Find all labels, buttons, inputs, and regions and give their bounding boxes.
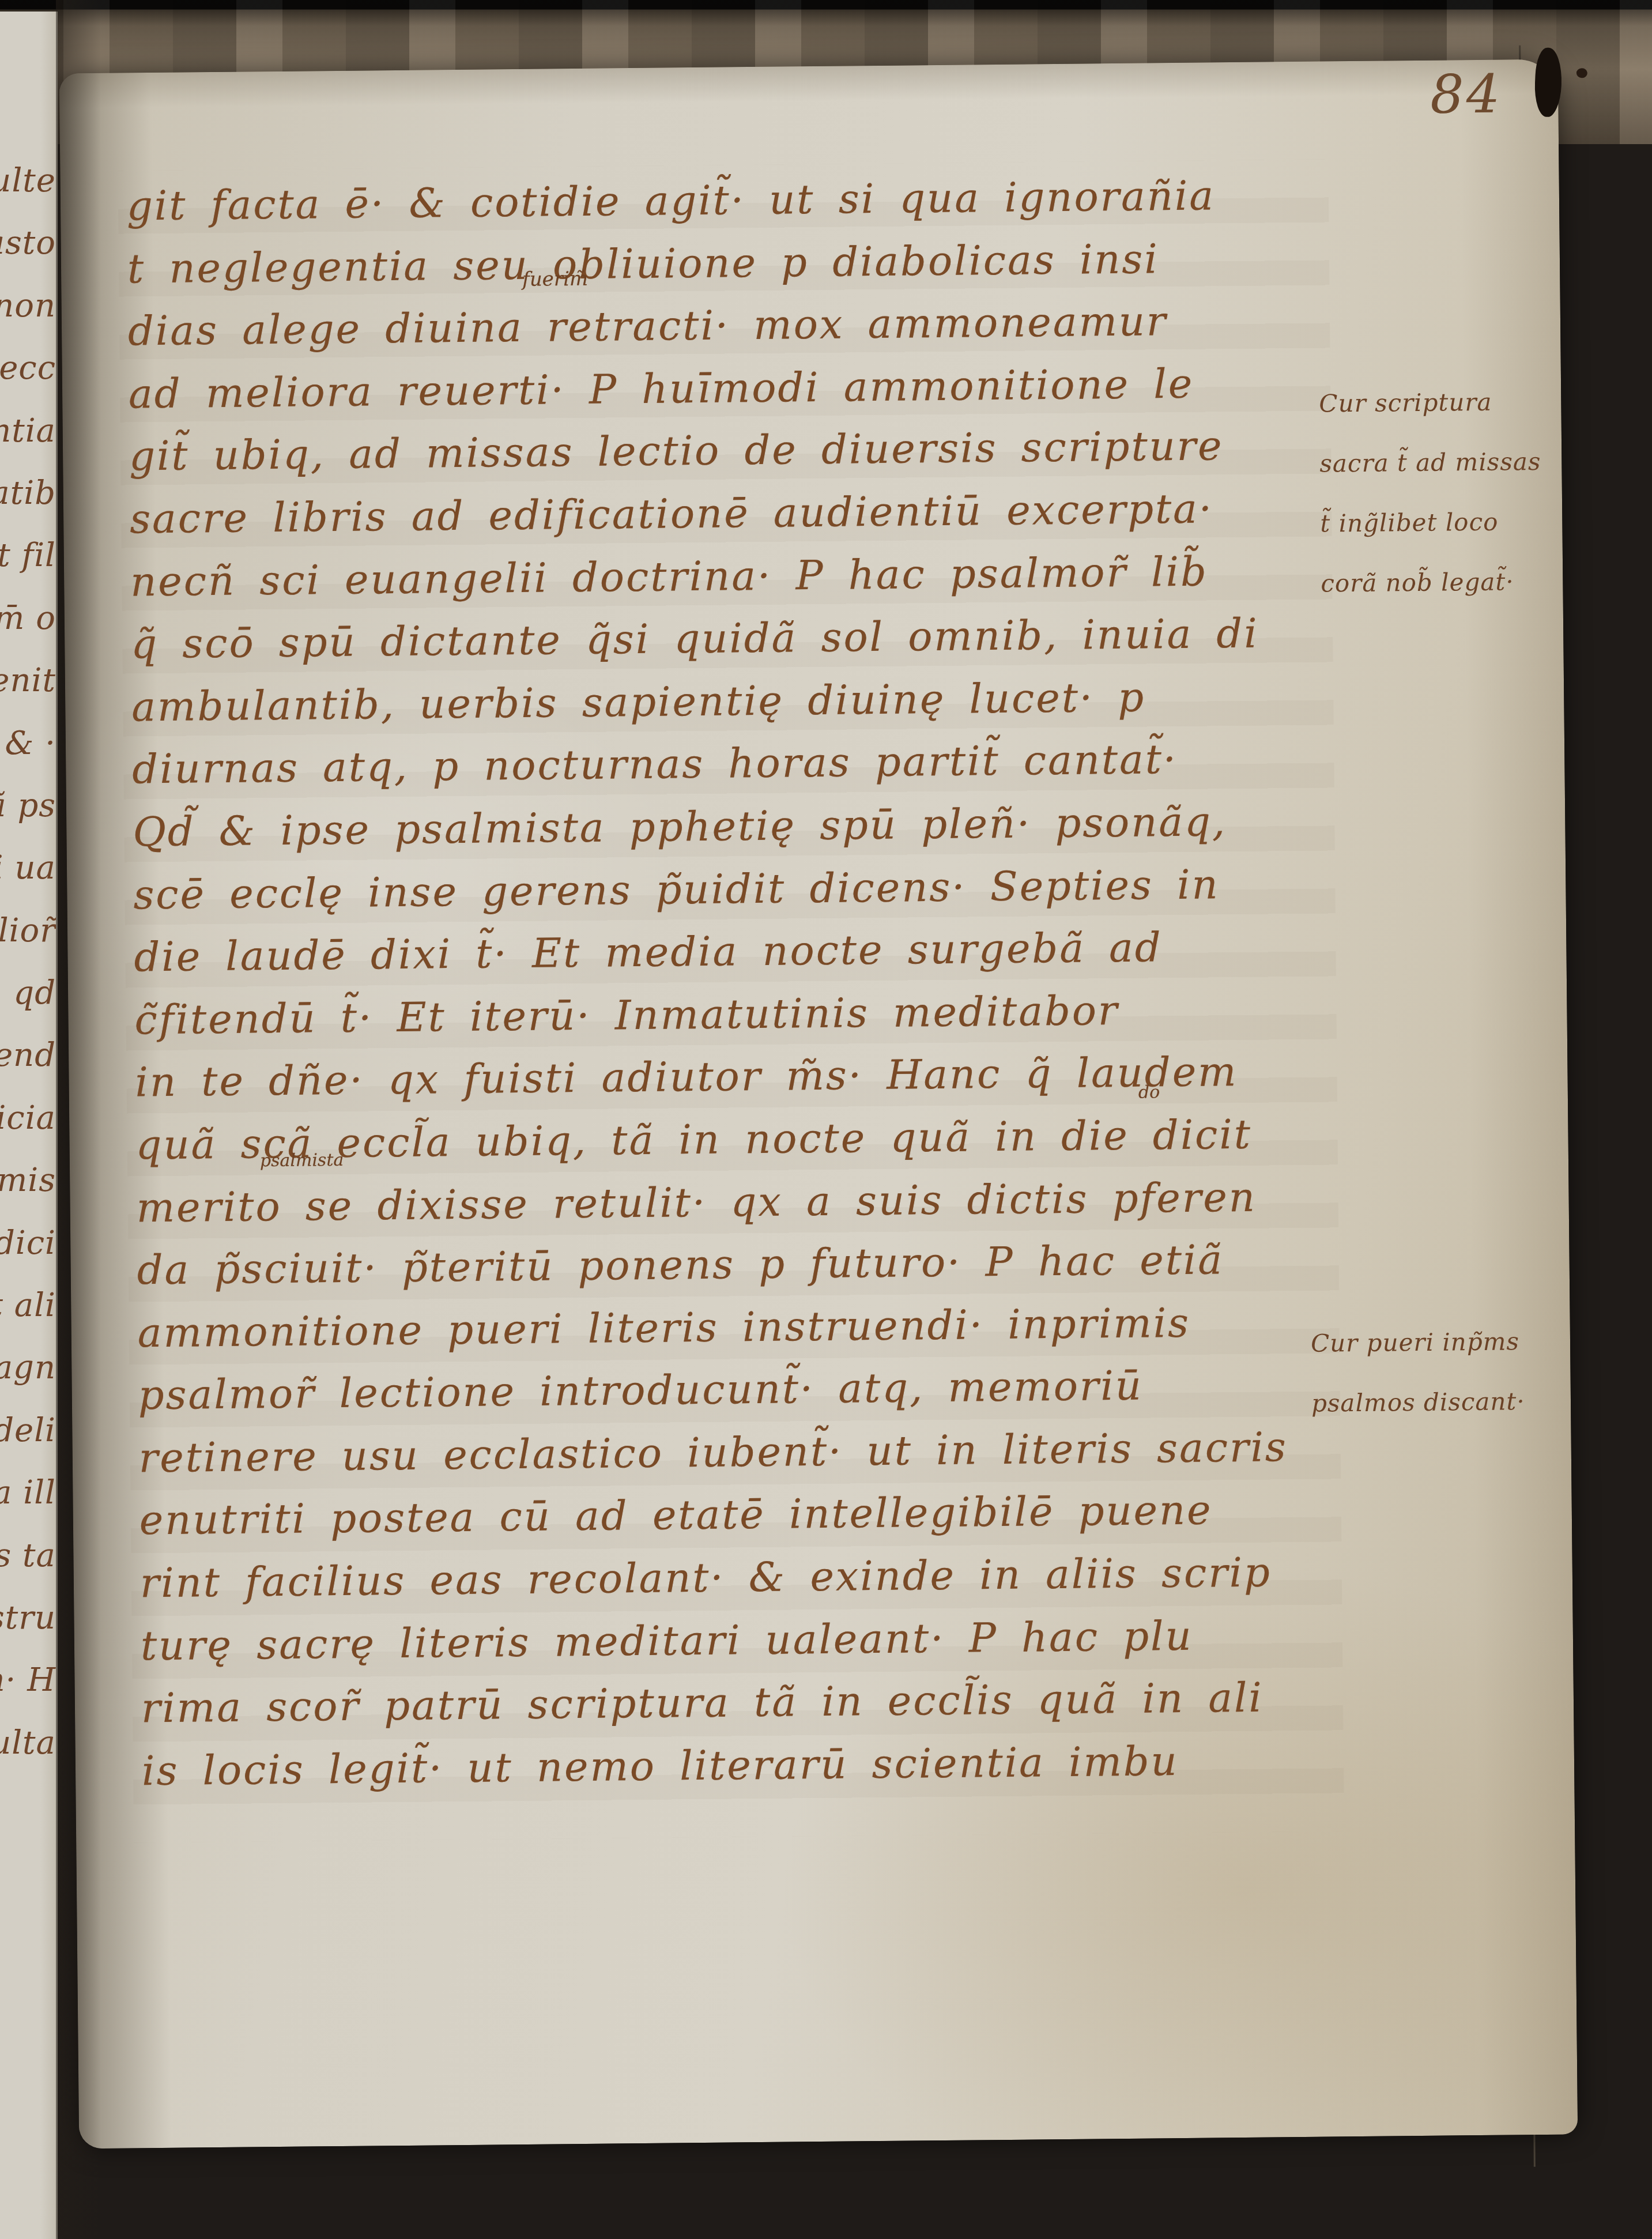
facing-page-line-fragment: omīa ill <box>0 1462 56 1524</box>
manuscript-line: necñ sci euangelii doctrina· P hac psalm… <box>130 539 1353 613</box>
facing-page-line-fragment: am̃· H <box>0 1649 56 1712</box>
interlinear-gloss: fuerim̃ <box>522 267 588 291</box>
facing-page-text-fragments: ccultees pastoū nonac peccitentiaessitat… <box>0 150 56 1774</box>
manuscript-line: ambulantib, uerbis sapientię diuinę luce… <box>131 664 1354 738</box>
margin-note-line: Cur scriptura <box>1319 371 1585 434</box>
manuscript-line: sacre libris ad edificationē audientiū e… <box>130 476 1352 551</box>
manuscript-line: psalmor̃ lectione introducunt̃· atq, mem… <box>138 1352 1360 1427</box>
manuscript-line: ammonitione pueri literis instruendi· in… <box>137 1290 1360 1364</box>
facing-page-line-fragment: plū· qd <box>0 962 56 1024</box>
manuscript-line: git facta ē· & cotidie agit̃· ut si qua … <box>126 163 1349 238</box>
facing-page-line-fragment: q, fideli <box>0 1400 56 1462</box>
folio-number: 84 <box>1430 63 1503 126</box>
facing-page-line-fragment: dicet fil <box>0 525 56 587</box>
margin-note-cur-pueri: Cur pueri inp̃mspsalmos discant· <box>1311 1311 1577 1433</box>
facing-page-line-fragment: ū non <box>0 275 56 337</box>
margin-note-line: psalmos discant· <box>1311 1371 1577 1433</box>
facing-page-line-fragment: es dm̄ o <box>0 587 56 650</box>
manuscript-line: merito se dixisse retulit· qx a suis dic… <box>136 1165 1359 1239</box>
main-text-block: git facta ē· & cotidie agit̃· ut si qua … <box>126 163 1364 1803</box>
facing-page-line-fragment: s̃ nimis <box>0 1149 56 1212</box>
facing-page-line-fragment: r̃ penit <box>0 650 56 712</box>
manuscript-line: c̃fitendū t̃· Et iterū· Inmatutinis medi… <box>134 977 1357 1051</box>
manuscript-line: git̃ ubiq, ad missas lectio de diuersis … <box>129 413 1352 488</box>
facing-page-line-fragment: agend <box>0 1024 56 1087</box>
manuscript-line: is locis legit̃· ut nemo literarū scient… <box>142 1728 1364 1803</box>
manuscript-line: q̃ scō spū dictante q̃si quidã sol omnib… <box>131 601 1353 676</box>
manuscript-line: da p̃sciuit· p̃teritū ponens p futuro· P… <box>137 1227 1359 1302</box>
manuscript-page: 84 git facta ē· & cotidie agit̃· ut si q… <box>59 59 1578 2149</box>
facing-page-line-fragment: eñ agn <box>0 1337 56 1399</box>
facing-page-line-fragment: ubi ua <box>0 837 56 899</box>
ink-blot-dot <box>1576 68 1587 78</box>
margin-note-line: t̃ ing̃libet loco <box>1320 491 1586 553</box>
facing-page-line-fragment: iudicia <box>0 1087 56 1149</box>
manuscript-line: in te dñe· qx fuisti adiutor m̃s· Hanc q… <box>135 1039 1357 1114</box>
manuscript-line: t neglegentia seu obliuione p diabolicas… <box>127 226 1350 300</box>
manuscript-line: diurnas atq, p nocturnas horas partit̃ c… <box>132 726 1355 801</box>
interlinear-gloss: do <box>1138 1082 1160 1102</box>
manuscript-line: enutriti postea cū ad etatē intellegibil… <box>139 1477 1361 1552</box>
margin-note-cur-scriptura: Cur scripturasacra t̃ ad missast̃ ing̃li… <box>1319 371 1586 613</box>
facing-page-line-fragment: essitatib <box>0 462 56 525</box>
manuscript-line: rint facilius eas recolant· & exinde in … <box>139 1540 1362 1615</box>
manuscript-line: turę sacrę literis meditari ualeant· P h… <box>140 1603 1363 1678</box>
manuscript-line: die laudē dixi t̃· Et media nocte surgeb… <box>134 914 1356 989</box>
facing-page-line-fragment: es pasto <box>0 212 56 274</box>
margin-note-line: sacra t̃ ad missas <box>1319 431 1585 493</box>
manuscript-line: scē ecclę inse gerens p̃uidit dicens· Se… <box>133 852 1356 926</box>
facing-page-line-fragment: itentia <box>0 400 56 462</box>
facing-page-line-fragment: is instru <box>0 1587 56 1649</box>
facing-page-line-fragment: ē filior̃ <box>0 900 56 962</box>
facing-page-line-fragment: · & de <box>0 713 56 775</box>
manuscript-line: ad meliora reuerti· P huīmodi ammonition… <box>129 351 1351 425</box>
facing-page-line-fragment: ac pecc <box>0 337 56 399</box>
manuscript-line: Qd̃ & ipse psalmista pphetię spū pleñ· p… <box>133 789 1355 864</box>
manuscript-line: dias alege diuina retracti· mox ammoneam… <box>128 288 1351 363</box>
facing-page-line-fragment: cculte <box>0 150 56 212</box>
digitized-manuscript-photo: { "page": { "folio_number": "84" }, "mai… <box>0 0 1652 2239</box>
interlinear-gloss: psalmista <box>260 1150 344 1171</box>
manuscript-line: retinere usu ecclastico iubent̃· ut in l… <box>138 1415 1361 1490</box>
facing-page-line-fragment: s· iudici <box>0 1212 56 1275</box>
facing-page-sliver: ccultees pastoū nonac peccitentiaessitat… <box>0 12 58 2239</box>
margin-note-line: Cur pueri inp̃ms <box>1311 1311 1576 1373</box>
facing-page-line-fragment: multa <box>0 1712 56 1774</box>
facing-page-line-fragment: acris ta <box>0 1525 56 1587</box>
manuscript-line: rima scor̃ patrū scriptura tã in eccl̃is… <box>141 1665 1363 1740</box>
facing-page-line-fragment: etiã ps <box>0 775 56 837</box>
facing-page-line-fragment: ssint ali <box>0 1275 56 1337</box>
margin-note-line: corã nob̃ legat̃· <box>1321 551 1586 613</box>
